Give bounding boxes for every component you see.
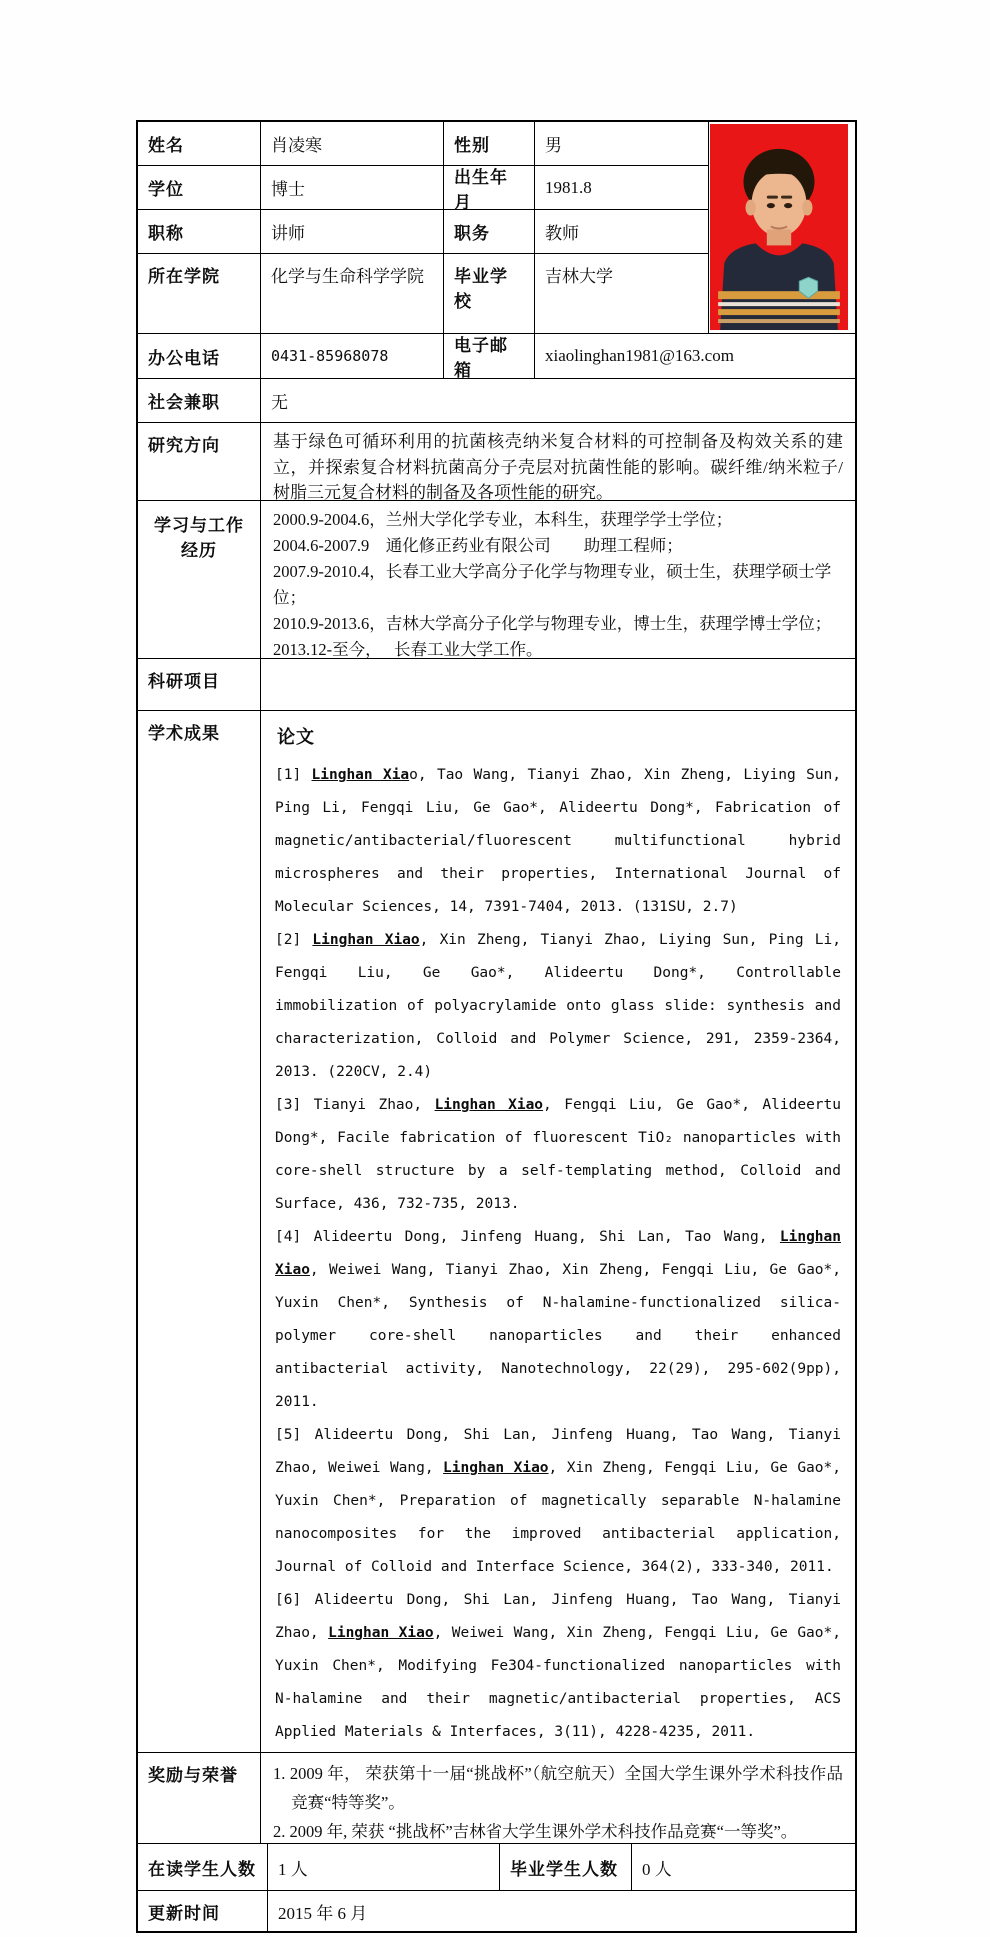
- experience-item: 2000.9-2004.6，兰州大学化学专业，本科生，获理学学士学位；: [273, 507, 843, 533]
- publication-item: [6] Alideertu Dong, Shi Lan, Jinfeng Hua…: [275, 1584, 841, 1749]
- title-value: 讲师: [261, 210, 444, 254]
- experience-item: 2004.6-2007.9 通化修正药业有限公司 助理工程师；: [273, 533, 843, 559]
- row-title-duty: 职称 讲师 职务 教师: [138, 210, 709, 254]
- row-name-gender: 姓名 肖凌寒 性别 男: [138, 122, 709, 166]
- research-text: 基于绿色可循环利用的抗菌核壳纳米复合材料的可控制备及构效关系的建立，并探索复合材…: [273, 427, 843, 501]
- publication-item: [4] Alideertu Dong, Jinfeng Huang, Shi L…: [275, 1221, 841, 1419]
- publications-label: 学术成果: [138, 711, 261, 1753]
- graduated-students-label: 毕业学生人数: [500, 1844, 632, 1891]
- experience-label: 学习与工作 经历: [138, 501, 261, 659]
- experience-label-line1: 学习与工作: [148, 511, 250, 536]
- row-students: 在读学生人数 1 人 毕业学生人数 0 人: [138, 1844, 855, 1891]
- publications-cell: 论文 [1] Linghan Xiao, Tao Wang, Tianyi Zh…: [261, 711, 855, 1753]
- name-value: 肖凌寒: [261, 122, 444, 166]
- email-value: xiaolinghan1981@163.com: [535, 334, 855, 379]
- projects-value: [261, 659, 855, 711]
- name-label: 姓名: [138, 122, 261, 166]
- publication-item: [3] Tianyi Zhao, Linghan Xiao, Fengqi Li…: [275, 1089, 841, 1221]
- current-students-label: 在读学生人数: [138, 1844, 268, 1891]
- award-item: 1. 2009 年， 荣获第十一届“挑战杯”（航空航天）全国大学生课外学术科技作…: [273, 1759, 843, 1817]
- row-projects: 科研项目: [138, 659, 855, 711]
- duty-value: 教师: [535, 210, 709, 254]
- publication-item: [5] Alideertu Dong, Shi Lan, Jinfeng Hua…: [275, 1419, 841, 1584]
- gender-label: 性别: [444, 122, 535, 166]
- college-value: 化学与生命科学学院: [261, 254, 444, 334]
- publication-item: [2] Linghan Xiao, Xin Zheng, Tianyi Zhao…: [275, 924, 841, 1089]
- basic-info-section: 姓名 肖凌寒 性别 男 学位 博士 出生年月 1981.8 职称 讲师 职务 教…: [138, 122, 855, 334]
- experience-item: 2010.9-2013.6，吉林大学高分子化学与物理专业，博士生，获理学博士学位…: [273, 611, 843, 637]
- birth-value: 1981.8: [535, 166, 709, 210]
- current-students-value: 1 人: [268, 1844, 500, 1891]
- cv-table: 姓名 肖凌寒 性别 男 学位 博士 出生年月 1981.8 职称 讲师 职务 教…: [136, 120, 857, 1933]
- awards-label: 奖励与荣誉: [138, 1753, 261, 1844]
- photo-cell: [709, 122, 855, 334]
- research-cell: 基于绿色可循环利用的抗菌核壳纳米复合材料的可控制备及构效关系的建立，并探索复合材…: [261, 423, 855, 501]
- row-updated: 更新时间 2015 年 6 月: [138, 1891, 855, 1931]
- social-label: 社会兼职: [138, 379, 261, 423]
- title-label: 职称: [138, 210, 261, 254]
- experience-item: 2013.12-至今， 长春工业大学工作。: [273, 637, 843, 659]
- social-value: 无: [261, 379, 855, 423]
- phone-label: 办公电话: [138, 334, 261, 379]
- email-label: 电子邮箱: [444, 334, 535, 379]
- projects-label: 科研项目: [138, 659, 261, 711]
- profile-photo: [710, 124, 848, 330]
- publications-list: [1] Linghan Xiao, Tao Wang, Tianyi Zhao,…: [275, 759, 841, 1753]
- graduated-students-value: 0 人: [632, 1844, 855, 1891]
- row-publications: 学术成果 论文 [1] Linghan Xiao, Tao Wang, Tian…: [138, 711, 855, 1753]
- award-item: 2. 2009 年, 荣获 “挑战杯”吉林省大学生课外学术科技作品竞赛“一等奖”…: [273, 1817, 843, 1844]
- experience-list: 2000.9-2004.6，兰州大学化学专业，本科生，获理学学士学位；2004.…: [261, 501, 855, 659]
- duty-label: 职务: [444, 210, 535, 254]
- research-label: 研究方向: [138, 423, 261, 501]
- row-awards: 奖励与荣誉 1. 2009 年， 荣获第十一届“挑战杯”（航空航天）全国大学生课…: [138, 1753, 855, 1844]
- row-experience: 学习与工作 经历 2000.9-2004.6，兰州大学化学专业，本科生，获理学学…: [138, 501, 855, 659]
- birth-label: 出生年月: [444, 166, 535, 210]
- degree-value: 博士: [261, 166, 444, 210]
- experience-item: 2007.9-2010.4，长春工业大学高分子化学与物理专业，硕士生，获理学硕士…: [273, 559, 843, 611]
- publication-item: [1] Linghan Xiao, Tao Wang, Tianyi Zhao,…: [275, 759, 841, 924]
- cv-page: 姓名 肖凌寒 性别 男 学位 博士 出生年月 1981.8 职称 讲师 职务 教…: [0, 0, 990, 1937]
- row-college-school: 所在学院 化学与生命科学学院 毕业学校 吉林大学: [138, 254, 709, 334]
- gender-value: 男: [535, 122, 709, 166]
- publications-heading: 论文: [277, 723, 841, 749]
- awards-list: 1. 2009 年， 荣获第十一届“挑战杯”（航空航天）全国大学生课外学术科技作…: [261, 1753, 855, 1844]
- row-degree-birth: 学位 博士 出生年月 1981.8: [138, 166, 709, 210]
- basic-info-grid: 姓名 肖凌寒 性别 男 学位 博士 出生年月 1981.8 职称 讲师 职务 教…: [138, 122, 709, 334]
- updated-label: 更新时间: [138, 1891, 268, 1931]
- school-label: 毕业学校: [444, 254, 535, 334]
- degree-label: 学位: [138, 166, 261, 210]
- school-value: 吉林大学: [535, 254, 709, 334]
- experience-label-line2: 经历: [148, 536, 250, 561]
- row-research: 研究方向 基于绿色可循环利用的抗菌核壳纳米复合材料的可控制备及构效关系的建立，并…: [138, 423, 855, 501]
- row-social: 社会兼职 无: [138, 379, 855, 423]
- updated-value: 2015 年 6 月: [268, 1891, 855, 1931]
- row-contact: 办公电话 0431-85968078 电子邮箱 xiaolinghan1981@…: [138, 334, 855, 379]
- college-label: 所在学院: [138, 254, 261, 334]
- phone-value: 0431-85968078: [261, 334, 444, 379]
